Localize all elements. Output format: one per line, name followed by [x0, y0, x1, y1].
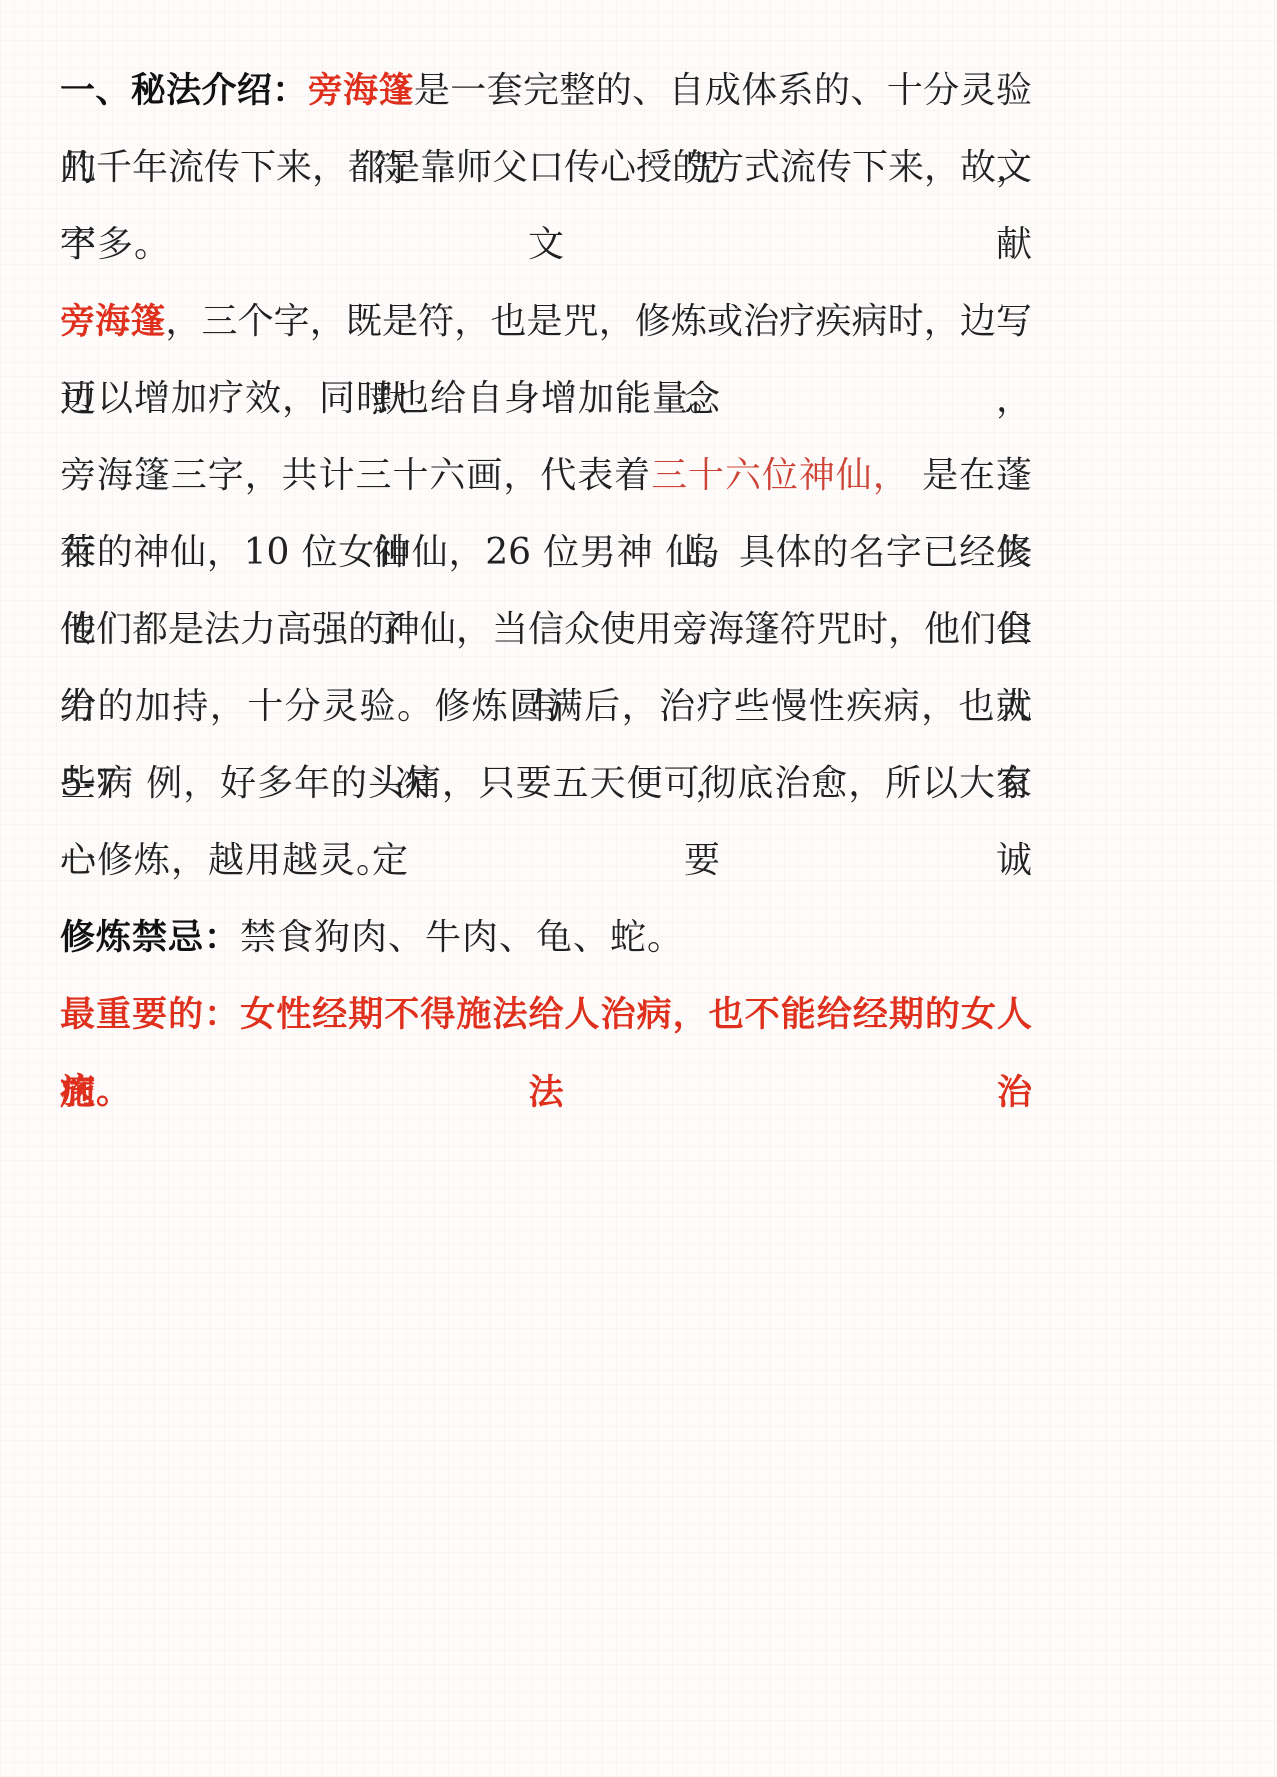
text-segment-black: 心修炼，越用越灵。 — [60, 840, 393, 881]
text-segment-black: 旁海篷三字，共计三十六画，代表着 — [60, 455, 651, 496]
text-segment-black: 禁食狗肉、牛肉、龟、蛇。 — [240, 917, 684, 958]
text-line: 旁海篷三字，共计三十六画，代表着三十六位神仙， 是在蓬莱仙岛修 — [60, 437, 1032, 514]
text-segment-black: 几千年流传下来，都是靠师父口传心授的方式流传下来，故文字文献 — [60, 147, 1032, 265]
text-line: 他们都是法力高强的神仙，当信众使用旁海篷符咒时，他们会给与大 — [60, 591, 1032, 668]
text-line: 修炼禁忌：禁食狗肉、牛肉、龟、蛇。 — [60, 899, 1032, 976]
text-segment-bold-black: 修炼禁忌： — [60, 918, 240, 958]
text-line: 些病 例，好多年的头痛，只要五天便可彻底治愈，所以大家一定要诚 — [60, 745, 1032, 822]
text-line: 最重要的：女性经期不得施法给人治病，也不能给经期的女人施法治 — [60, 976, 1032, 1053]
text-segment-black: 可以增加疗效，同时也给自身增加能量。 — [60, 378, 726, 419]
text-segment-bold-red: 旁海篷 — [60, 302, 165, 342]
text-line: 力的加持，十分灵验。修炼圆满后，治疗些慢性疾病，也就 5-7 次，有 — [60, 668, 1032, 745]
text-segment-bold-red: 旁海篷 — [308, 71, 414, 111]
document-text: 一、秘法介绍：旁海篷是一套完整的、自成体系的、十分灵验的符咒，几千年流传下来，都… — [60, 52, 1032, 1130]
text-line: 几千年流传下来，都是靠师父口传心授的方式流传下来，故文字文献 — [60, 129, 1032, 206]
text-segment-bold-red: 最重要的：女性经期不得施法给人治病，也不能给经期的女人施法治 — [60, 995, 1032, 1113]
text-line: 一、秘法介绍：旁海篷是一套完整的、自成体系的、十分灵验的符咒， — [60, 52, 1032, 129]
text-line: 旁海篷，三个字，既是符，也是咒，修炼或治疗疾病时，边写边默念， — [60, 283, 1032, 360]
text-segment-red: 三十六位神仙， — [651, 455, 910, 496]
text-line: 行的神仙，10 位女神仙，26 位男神 仙。具体的名字已经失传了。但 — [60, 514, 1032, 591]
text-segment-black: 不多。 — [60, 224, 171, 265]
text-segment-bold-red: 病。 — [60, 1072, 132, 1112]
text-segment-bold-black: 一、秘法介绍： — [60, 71, 308, 111]
